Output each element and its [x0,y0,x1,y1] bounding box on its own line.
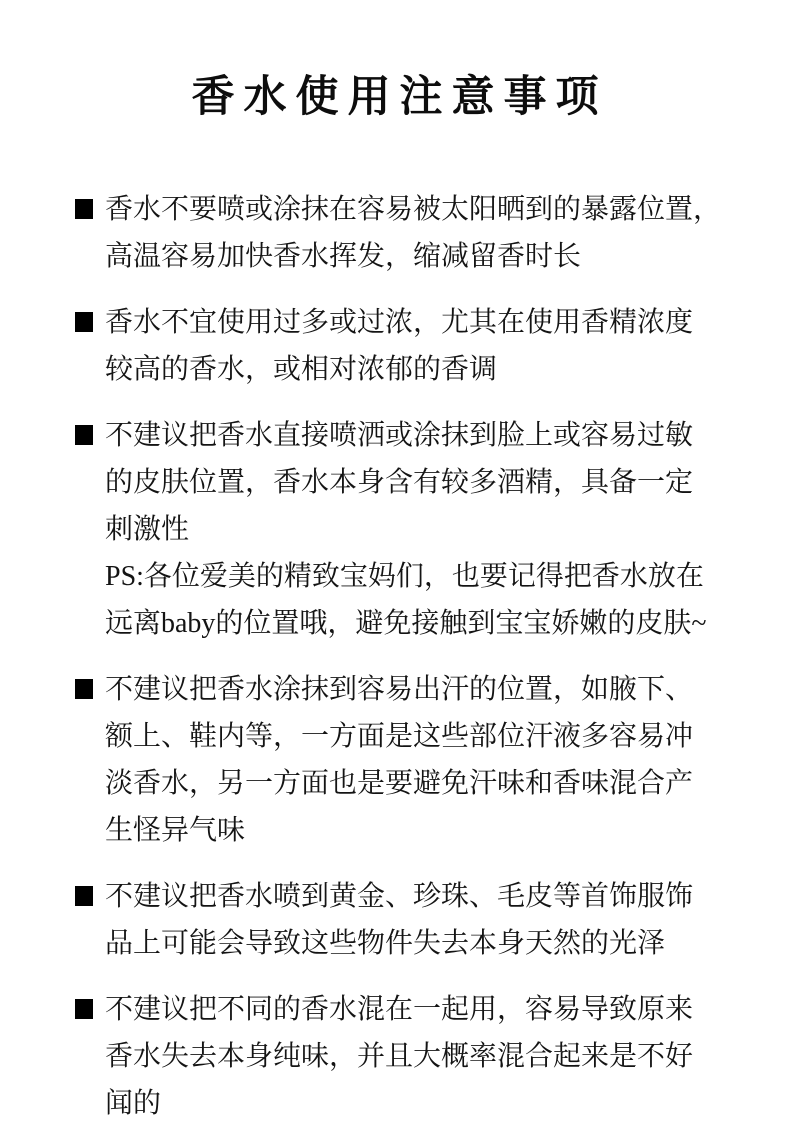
note-text: 不建议把香水喷到黄金、珍珠、毛皮等首饰服饰 品上可能会导致这些物件失去本身天然的… [105,873,725,967]
page-title: 香水使用注意事项 [0,70,790,126]
perfume-notes-page: 香水使用注意事项 香水不要喷或涂抹在容易被太阳晒到的暴露位置， 高温容易加快香水… [0,0,790,1126]
note-item: 不建议把香水涂抹到容易出汗的位置，如腋下、 额上、鞋内等，一方面是这些部位汗液多… [75,666,730,854]
note-item: 不建议把香水喷到黄金、珍珠、毛皮等首饰服饰 品上可能会导致这些物件失去本身天然的… [75,873,730,967]
bullet-square-icon [75,425,93,445]
note-text: 香水不要喷或涂抹在容易被太阳晒到的暴露位置， 高温容易加快香水挥发，缩减留香时长 [105,186,725,280]
note-item: 不建议把香水直接喷洒或涂抹到脸上或容易过敏 的皮肤位置，香水本身含有较多酒精，具… [75,412,730,647]
note-text: 不建议把不同的香水混在一起用，容易导致原来 香水失去本身纯味，并且大概率混合起来… [105,986,725,1126]
note-item: 不建议把不同的香水混在一起用，容易导致原来 香水失去本身纯味，并且大概率混合起来… [75,986,730,1126]
bullet-square-icon [75,312,93,332]
bullet-square-icon [75,199,93,219]
note-text: 香水不宜使用过多或过浓，尤其在使用香精浓度 较高的香水，或相对浓郁的香调 [105,299,725,393]
bullet-square-icon [75,886,93,906]
bullet-square-icon [75,999,93,1019]
note-text: 不建议把香水直接喷洒或涂抹到脸上或容易过敏 的皮肤位置，香水本身含有较多酒精，具… [105,412,725,647]
note-item: 香水不宜使用过多或过浓，尤其在使用香精浓度 较高的香水，或相对浓郁的香调 [75,299,730,393]
bullet-square-icon [75,679,93,699]
note-text: 不建议把香水涂抹到容易出汗的位置，如腋下、 额上、鞋内等，一方面是这些部位汗液多… [105,666,725,854]
notes-list: 香水不要喷或涂抹在容易被太阳晒到的暴露位置， 高温容易加快香水挥发，缩减留香时长… [75,186,730,1126]
note-item: 香水不要喷或涂抹在容易被太阳晒到的暴露位置， 高温容易加快香水挥发，缩减留香时长 [75,186,730,280]
